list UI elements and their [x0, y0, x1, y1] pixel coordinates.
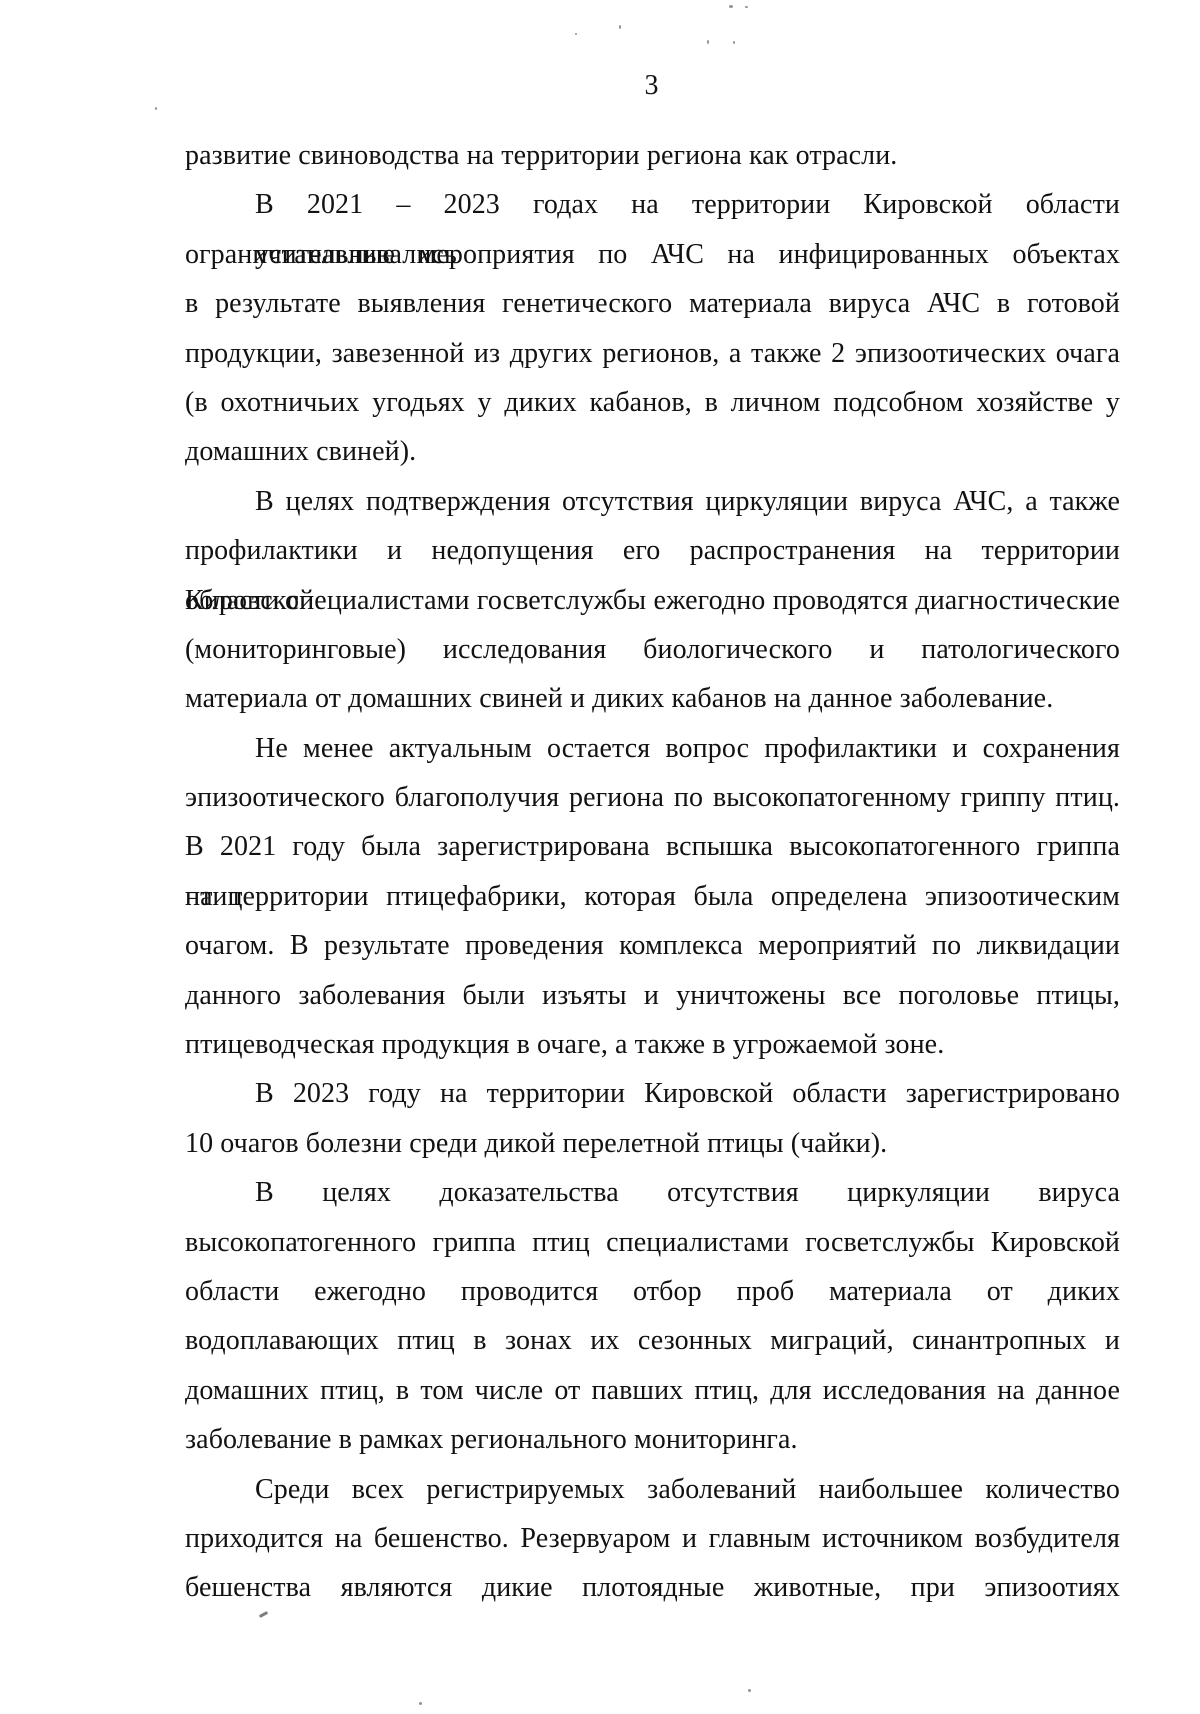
text-line: высокопатогенного гриппа птиц специалист…	[185, 1218, 1120, 1267]
text-line: очагом. В результате проведения комплекс…	[185, 921, 1120, 970]
document-body: развитие свиноводства на территории реги…	[185, 131, 1120, 1613]
text-line: развитие свиноводства на территории реги…	[185, 131, 1120, 180]
text-line: (в охотничьих угодьях у диких кабанов, в…	[185, 378, 1120, 427]
text-line: материала от домашних свиней и диких каб…	[185, 674, 1120, 723]
text-line: водоплавающих птиц в зонах их сезонных м…	[185, 1316, 1120, 1365]
text-line: домашних птиц, в том числе от павших пти…	[185, 1366, 1120, 1415]
text-line: В целях доказательства отсутствия циркул…	[185, 1168, 1120, 1217]
scan-artifact	[729, 5, 733, 8]
text-line: В целях подтверждения отсутствия циркуля…	[185, 477, 1120, 526]
text-line: бешенства являются дикие плотоядные живо…	[185, 1563, 1120, 1612]
text-line: приходится на бешенство. Резервуаром и г…	[185, 1514, 1120, 1563]
paragraph: Не менее актуальным остается вопрос проф…	[185, 724, 1120, 1070]
text-line: Среди всех регистрируемых заболеваний на…	[185, 1465, 1120, 1514]
text-line: профилактики и недопущения его распростр…	[185, 526, 1120, 575]
text-line: продукции, завезенной из других регионов…	[185, 329, 1120, 378]
text-line: данного заболевания были изъяты и уничто…	[185, 971, 1120, 1020]
page-number: 3	[183, 72, 1120, 100]
scan-artifact	[155, 107, 157, 110]
text-line: заболевание в рамках регионального монит…	[185, 1415, 1120, 1464]
scan-artifact	[575, 33, 577, 35]
text-line: (мониторинговые) исследования биологичес…	[185, 625, 1120, 674]
scan-artifact	[619, 25, 621, 29]
text-line: Не менее актуальным остается вопрос проф…	[185, 724, 1120, 773]
text-line: 10 очагов болезни среди дикой перелетной…	[185, 1119, 1120, 1168]
text-line: области ежегодно проводится отбор проб м…	[185, 1267, 1120, 1316]
paragraph: В целях подтверждения отсутствия циркуля…	[185, 477, 1120, 724]
paragraph: В целях доказательства отсутствия циркул…	[185, 1168, 1120, 1464]
scanned-document-page: 3 развитие свиноводства на территории ре…	[0, 0, 1200, 1714]
text-line: эпизоотического благополучия региона по …	[185, 773, 1120, 822]
scan-artifact	[707, 40, 709, 44]
scan-artifact	[419, 1702, 422, 1705]
paragraph: развитие свиноводства на территории реги…	[185, 131, 1120, 180]
text-line: на территории птицефабрики, которая была…	[185, 872, 1120, 921]
paragraph: В 2023 году на территории Кировской обла…	[185, 1069, 1120, 1168]
scan-artifact	[748, 1689, 751, 1692]
text-line: ограничительные мероприятия по АЧС на ин…	[185, 230, 1120, 279]
text-line: В 2021 году была зарегистрирована вспышк…	[185, 822, 1120, 871]
text-line: области специалистами госветслужбы ежего…	[185, 576, 1120, 625]
scan-artifact	[733, 41, 735, 44]
paragraph: Среди всех регистрируемых заболеваний на…	[185, 1465, 1120, 1613]
text-line: В 2021 – 2023 годах на территории Кировс…	[185, 180, 1120, 229]
text-line: в результате выявления генетического мат…	[185, 279, 1120, 328]
paragraph: В 2021 – 2023 годах на территории Кировс…	[185, 180, 1120, 476]
text-line: домашних свиней).	[185, 427, 1120, 476]
scan-artifact	[745, 6, 748, 8]
text-line: птицеводческая продукция в очаге, а такж…	[185, 1020, 1120, 1069]
text-line: В 2023 году на территории Кировской обла…	[185, 1069, 1120, 1118]
